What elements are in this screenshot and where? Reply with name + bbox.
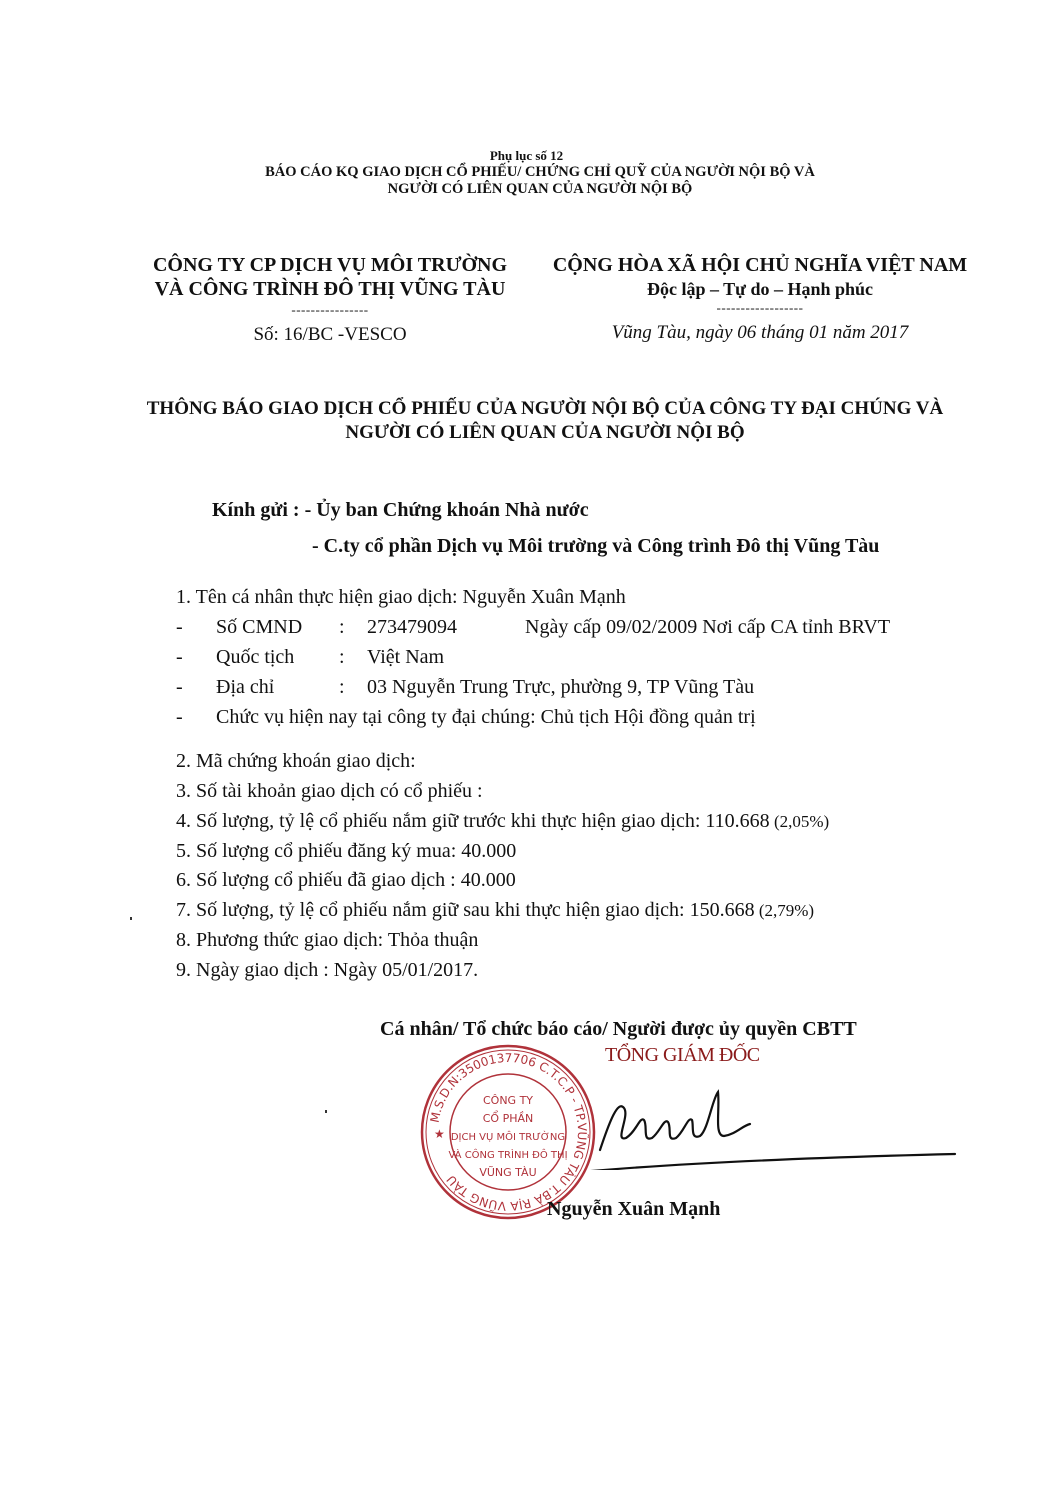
colon: : [339,644,367,670]
detail-value: 03 Nguyễn Trung Trực, phường 9, TP Vũng … [367,676,754,698]
nation-separator: ------------------ [540,301,980,315]
numbered-item: 7. Số lượng, tỷ lệ cổ phiếu nắm giữ sau … [176,897,814,924]
document-title-line2: NGƯỜI CÓ LIÊN QUAN CỦA NGƯỜI NỘI BỘ [120,421,970,445]
item-percentage: (2,05%) [770,812,829,831]
dash-marker: - [176,704,216,730]
item-text: 8. Phương thức giao dịch: Thỏa thuận [176,929,478,951]
appendix-label: Phụ lục số 12 [0,148,1053,164]
detail-value: 273479094 [367,614,525,640]
colon: : [339,614,367,640]
numbered-item: 8. Phương thức giao dịch: Thỏa thuận [176,927,478,953]
svg-text:VŨNG TÀU: VŨNG TÀU [479,1166,536,1179]
position-text: Chức vụ hiện nay tại công ty đại chúng: … [216,706,756,728]
report-heading: BÁO CÁO KQ GIAO DỊCH CỔ PHIẾU/ CHỨNG CHỈ… [180,164,900,198]
detail-position: -Chức vụ hiện nay tại công ty đại chúng:… [176,704,756,730]
detail-id-number: -Số CMND:273479094Ngày cấp 09/02/2009 Nơ… [176,614,890,640]
dash-marker: - [176,644,216,670]
place-date: Vũng Tàu, ngày 06 tháng 01 năm 2017 [540,321,980,345]
item-percentage: (2,79%) [755,901,814,920]
organization-separator: ---------------- [120,303,540,317]
numbered-item: 2. Mã chứng khoán giao dịch: [176,748,416,774]
item-text: 3. Số tài khoản giao dịch có cổ phiếu : [176,780,483,802]
item-text: 7. Số lượng, tỷ lệ cổ phiếu nắm giữ sau … [176,899,755,921]
organization-name-line1: CÔNG TY CP DỊCH VỤ MÔI TRƯỜNG [120,253,540,277]
scan-speck [325,1110,327,1113]
svg-text:CÔNG TY: CÔNG TY [483,1094,533,1107]
numbered-item: 9. Ngày giao dịch : Ngày 05/01/2017. [176,957,478,983]
signer-name: Nguyễn Xuân Mạnh [547,1198,720,1221]
numbered-item: 4. Số lượng, tỷ lệ cổ phiếu nắm giữ trướ… [176,808,829,835]
detail-label: Quốc tịch [216,644,339,670]
report-heading-line2: NGƯỜI CÓ LIÊN QUAN CỦA NGƯỜI NỘI BỘ [180,181,900,198]
numbered-item: 5. Số lượng cổ phiếu đăng ký mua: 40.000 [176,838,516,864]
item-text: 6. Số lượng cổ phiếu đã giao dịch : 40.0… [176,869,516,891]
report-heading-line1: BÁO CÁO KQ GIAO DỊCH CỔ PHIẾU/ CHỨNG CHỈ… [180,164,900,181]
dash-marker: - [176,614,216,640]
item-text: 4. Số lượng, tỷ lệ cổ phiếu nắm giữ trướ… [176,810,770,832]
organization-block: CÔNG TY CP DỊCH VỤ MÔI TRƯỜNG VÀ CÔNG TR… [120,253,540,347]
signer-position: TỔNG GIÁM ĐỐC [605,1044,760,1067]
detail-value: Việt Nam [367,646,444,668]
nation-motto: Độc lập – Tự do – Hạnh phúc [540,277,980,301]
detail-nationality: -Quốc tịch:Việt Nam [176,644,444,670]
detail-label: Số CMND [216,614,339,640]
nation-block: CỘNG HÒA XÃ HỘI CHỦ NGHĨA VIỆT NAM Độc l… [540,253,980,345]
document-title: THÔNG BÁO GIAO DỊCH CỔ PHIẾU CỦA NGƯỜI N… [120,397,970,445]
item-text: 2. Mã chứng khoán giao dịch: [176,750,416,772]
recipient-2: - C.ty cổ phần Dịch vụ Môi trường và Côn… [212,528,879,564]
nation-name: CỘNG HÒA XÃ HỘI CHỦ NGHĨA VIỆT NAM [540,253,980,277]
scan-speck [130,917,132,920]
dash-marker: - [176,674,216,700]
organization-name-line2: VÀ CÔNG TRÌNH ĐÔ THỊ VŨNG TÀU [120,277,540,301]
signer-title: Cá nhân/ Tổ chức báo cáo/ Người được ủy … [380,1018,857,1041]
stamp-star-icon: ★ [434,1127,445,1141]
recipients-label: Kính gửi : [212,499,300,521]
detail-address: -Địa chỉ:03 Nguyễn Trung Trực, phường 9,… [176,674,754,700]
colon: : [339,674,367,700]
handwritten-signature [590,1080,960,1170]
svg-text:VÀ CÔNG TRÌNH ĐÔ THỊ: VÀ CÔNG TRÌNH ĐÔ THỊ [448,1148,567,1161]
item-1-person-name: 1. Tên cá nhân thực hiện giao dịch: Nguy… [176,584,626,610]
numbered-item: 6. Số lượng cổ phiếu đã giao dịch : 40.0… [176,867,516,893]
document-number: Số: 16/BC -VESCO [120,323,540,347]
company-stamp: M.S.D.N:3500137706 C.T.C.P - TP.VŨNG TÀU… [418,1042,598,1222]
recipient-1: - Ủy ban Chứng khoán Nhà nước [305,499,589,521]
document-title-line1: THÔNG BÁO GIAO DỊCH CỔ PHIẾU CỦA NGƯỜI N… [120,397,970,421]
item-text: 5. Số lượng cổ phiếu đăng ký mua: 40.000 [176,840,516,862]
svg-text:CỔ PHẦN: CỔ PHẦN [483,1110,534,1125]
detail-label: Địa chỉ [216,674,339,700]
recipients: Kính gửi : - Ủy ban Chứng khoán Nhà nước… [212,492,879,564]
numbered-item: 3. Số tài khoản giao dịch có cổ phiếu : [176,778,483,804]
svg-text:DỊCH VỤ MÔI TRƯỜNG: DỊCH VỤ MÔI TRƯỜNG [451,1130,565,1143]
detail-extra: Ngày cấp 09/02/2009 Nơi cấp CA tỉnh BRVT [525,616,890,638]
item-text: 9. Ngày giao dịch : Ngày 05/01/2017. [176,959,478,981]
